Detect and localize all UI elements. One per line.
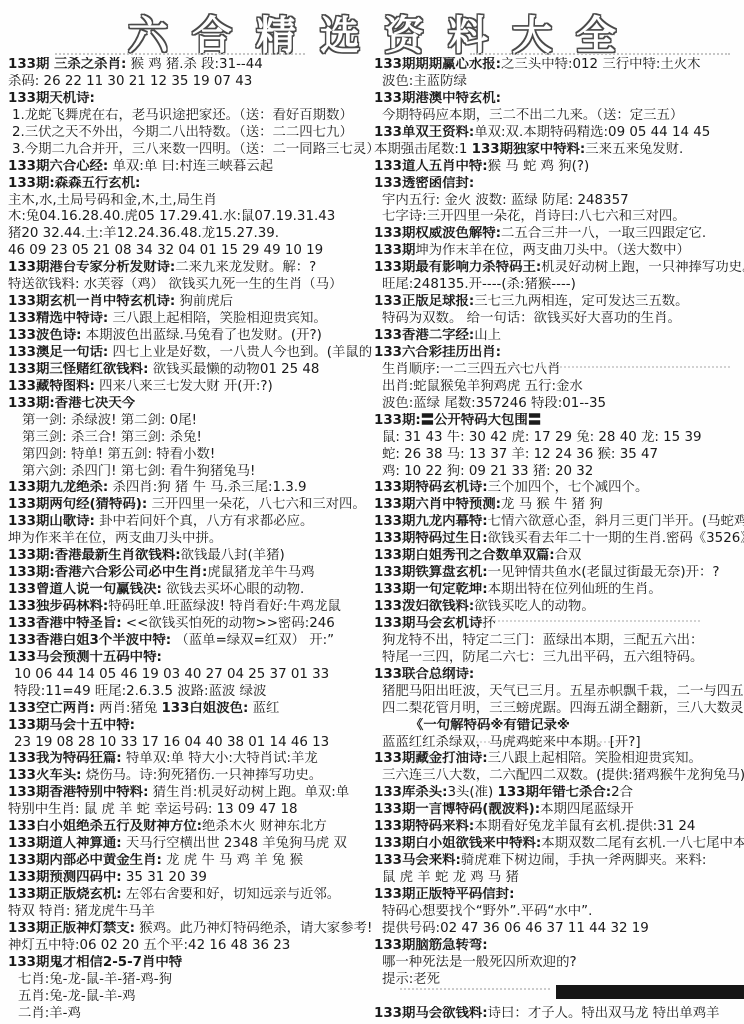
text-line: 133期白小姐欲钱来中特料:本期双数二尾有玄机.一八七尾中本期 [374, 836, 744, 853]
text-line: 蓝蓝红红杀绿双，马虎鸡蛇来中本期。[开?] [374, 735, 744, 752]
text-line: 133期脑筋急转弯: [374, 938, 744, 955]
text-line: 本期强击尾数:1 133期独家中特料:三来五来兔发财. [374, 142, 744, 159]
text-line: 133期内部必中黄金生肖: 龙 虎 牛 马 鸡 羊 兔 猴 [8, 853, 372, 870]
text-line: 波色:蓝绿 尾数:357246 特段:01--35 [374, 396, 744, 413]
text-line: 133期六肖中特预测:龙 马 猴 牛 猪 狗 [374, 497, 744, 514]
text-line: 133期港澳中特玄机: [374, 91, 744, 108]
text-line: 猪肥马阳出旺波，天气已三月。五星赤帜飘千栽，二一与四五。 [374, 684, 744, 701]
text-line: 提示:老死 [374, 972, 744, 989]
text-line: 杀码: 26 22 11 30 21 12 35 19 07 43 [8, 74, 372, 91]
text-line: 猪20 32.44.土:羊12.24.36.48.龙15.27.39. [8, 226, 372, 243]
text-line: 133期三怪赌红欲钱料: 欲钱买最懒的动物01 25 48 [8, 362, 372, 379]
text-line: 133期正版烧玄机: 左邻右舍要和好，切知远亲与近邻。 [8, 887, 372, 904]
text-line: 133期香港特别中特料: 猜生肖:机灵好动树上跑。单双:单 [8, 785, 372, 802]
text-line: 133道人五肖中特:猴 马 蛇 鸡 狗(?) [374, 159, 744, 176]
text-line: 133火车头: 烧伤马。诗:狗死猪伤.一只神捧写功史。 [8, 768, 372, 785]
text-line: 第六剑: 杀四门! 第七剑: 看牛狗猪兔马! [8, 464, 372, 481]
text-line: 133我为特码狂篇: 特单双:单 特大小:大特肖试:羊龙 [8, 751, 372, 768]
text-line: 特别中生肖: 鼠 虎 羊 蛇 幸运号码: 13 09 47 18 [8, 802, 372, 819]
text-line: 133独步码林料:特码旺单.旺蓝绿波! 特肖看好:牛鸡龙鼠 [8, 599, 372, 616]
text-line: 第四剑: 特单! 第五剑: 特看小数! [8, 447, 372, 464]
scan-artifact-underline [470, 53, 730, 55]
text-line: 神灯五中特:06 02 20 五个平:42 16 48 36 23 [8, 938, 372, 955]
text-line: 旺尾:248135.开----(杀:猪猴----) [374, 277, 744, 294]
text-line: 坤为作来羊在位，两支曲刀头中拼。 [8, 531, 372, 548]
text-line: 《一句解特码※有错记录※ [374, 718, 744, 735]
text-line: 133曾道人说一句赢钱决: 欲钱去买坏心眼的动物. [8, 582, 372, 599]
text-line: 133期坤为作末羊在位，两支曲刀头中。（送大数中） [374, 243, 744, 260]
text-line: 133藏特图料: 四来八来三七发大财 开(开:?) [8, 379, 372, 396]
text-line: 特尾一三四，防尾二六七：三九出平码，五六组特码。 [374, 650, 744, 667]
text-line: 鸡: 10 22 狗: 09 21 33 猪: 20 32 [374, 464, 744, 481]
text-line: 133期 三杀之杀肖: 猴 鸡 猪.杀 段:31--44 [8, 57, 372, 74]
text-line: 二肖:羊-鸡 [8, 1006, 372, 1023]
text-line: 133期正版神灯禁支: 猴鸡。此乃神灯特码绝杀，请大家参考! [8, 921, 372, 938]
text-line: 133期:香港六合彩公司必中生肖:虎鼠猪龙羊牛马鸡 [8, 565, 372, 582]
text-line: 133期:森森五行玄机: [8, 176, 372, 193]
text-line: 五肖:兔-龙-鼠-羊-鸡 [8, 989, 372, 1006]
text-line: 出肖:蛇鼠猴兔羊狗鸡虎 五行:金水 [374, 379, 744, 396]
text-line: 133期道人神算通: 天马行空横出世 2348 羊兔狗马虎 双 [8, 836, 372, 853]
text-line: 133期:香港最新生肖欲钱料:欲钱最八封(羊猪) [8, 548, 372, 565]
text-line: 特码心想要找个“野外”.平码“水中”. [374, 904, 744, 921]
text-line: 133联合总纲诗: [374, 667, 744, 684]
text-line: 133单双王资料:单双:双.本期特码精选:09 05 44 14 45 [374, 125, 744, 142]
text-line: 第一剑: 杀绿波! 第二剑: 0尾! [8, 413, 372, 430]
text-line: 133香港白姐3个半波中特: （蓝单=绿双=红双） 开:” [8, 633, 372, 650]
text-line: 特送欲钱料: 水芙蓉（鸡） 欲钱买九死一生的生肖（马） [8, 277, 372, 294]
text-line: 133白小姐绝杀五行及财神方位:绝杀木火 财神东北方 [8, 819, 372, 836]
text-line: 生肖顺序:一二三四五六七八肖 [374, 362, 744, 379]
text-line: 1.龙蛇飞舞虎在右，老马识途把家还。（送：看好百期数） [8, 108, 372, 125]
text-line: 第三剑: 杀三合! 第三剑: 杀兔! [8, 430, 372, 447]
text-line: 133期山歌诗: 卦中若问奸个真，八方有求都必应。 [8, 514, 372, 531]
text-line: 133期鬼才相信2-5-7肖中特 [8, 955, 372, 972]
text-line: 七肖:兔-龙-鼠-羊-猪-鸡-狗 [8, 972, 372, 989]
text-line: 133期权威波色解特:二五合三井一八，一取三四跟定它. [374, 226, 744, 243]
text-line: 133期九龙内幕特:七情六欲意心歪，斜月三更门半开。(马蛇鸡狗) [374, 514, 744, 531]
text-line: 3.今期二九合并开，三八来数一四明。（送：二一同路三七灵） [8, 142, 372, 159]
text-line: 133期九龙绝杀: 杀四肖:狗 猪 牛 马.杀三尾:1.3.9 [8, 480, 372, 497]
text-line: 133期马会欲钱料:诗曰：才子人。特出双马龙 特出单鸡羊 [374, 1006, 744, 1023]
text-line: 蛇: 26 38 马: 13 37 羊: 12 24 36 猴: 35 47 [374, 447, 744, 464]
text-line: 133期:香港七决天今 [8, 396, 372, 413]
text-line: 波色:主蓝防绿 [374, 74, 744, 91]
text-line: 133期玄机一肖中特玄机诗: 狗前虎后 [8, 294, 372, 311]
text-line: 四二梨花管月明，三三螃虎踞。四海五湖全翻新，三八大数灵。 [374, 701, 744, 718]
text-line: 提供号码:02 47 36 06 46 37 11 44 32 19 [374, 921, 744, 938]
text-line: 133期特码过生日:欲钱买看去年二十一期的生肖.密码《3526》 [374, 531, 744, 548]
text-line: 今期特码应本期，三二不出二九来。（送：定三五） [374, 108, 744, 125]
text-line: 133期特码来料:本期看好兔龙羊鼠有玄机.提供:31 24 [374, 819, 744, 836]
left-column: 133期 三杀之杀肖: 猴 鸡 猪.杀 段:31--44杀码: 26 22 11… [8, 57, 372, 1022]
text-line: 133香港中特圣旨: <<欲钱买怕死的动物>>密码:246 [8, 616, 372, 633]
scanned-lottery-sheet: 六合精选资料大全 133期 三杀之杀肖: 猴 鸡 猪.杀 段:31--44杀码:… [0, 0, 744, 1024]
text-line: 133期特码玄机诗:三个加四个，七个减四个。 [374, 480, 744, 497]
text-line: 46 09 23 05 21 08 34 32 04 01 15 29 49 1… [8, 243, 372, 260]
text-line: 133泼妇欲钱料:欲钱买吃人的动物。 [374, 599, 744, 616]
text-line: 133期天机诗: [8, 91, 372, 108]
text-line: 133期两句经(猜特码): 三开四里一朵花，八七六和三对四。 [8, 497, 372, 514]
text-line: 主木,水,土局号码和金,木,土,局生肖 [8, 193, 372, 210]
text-line: 133六合彩挂历出肖: [374, 345, 744, 362]
text-line: 特码为双数。 给一句话：欲钱买好大喜功的生肖。 [374, 311, 744, 328]
text-line: 133期马会玄机诗抔 [374, 616, 744, 633]
text-line: 23 19 08 28 10 33 17 16 04 40 38 01 14 4… [8, 735, 372, 752]
text-line: 鼠: 31 43 牛: 30 42 虎: 17 29 兔: 28 40 龙: 1… [374, 430, 744, 447]
text-line: 133精选中特诗: 三八跟上起相陪，笑脸相迎贵宾知。 [8, 311, 372, 328]
text-line: 133期最有影响力杀特码王:机灵好动树上跑，一只神捧写功史。(捧) [374, 260, 744, 277]
text-line: 特段:11=49 旺尾:2.6.3.5 波路:蓝波 绿波 [8, 684, 372, 701]
text-line: 133正版足球报:三七三九两相连，定可发达三五数。 [374, 294, 744, 311]
text-line: 10 06 44 14 05 46 19 03 40 27 04 25 37 0… [8, 667, 372, 684]
text-line: 133库杀头:3头(准) 133期年错七杀合:2合 [374, 785, 744, 802]
text-line: 狗龙特不出，特定二三门：蓝绿出本期，三配五六出： [374, 633, 744, 650]
text-line: 133期预测四码中: 35 31 20 39 [8, 870, 372, 887]
text-line: 七字诗:三开四里一朵花，肖诗曰:八七六和三对四。 [374, 209, 744, 226]
text-line: 133期一句定乾坤:本期出特在位列仙班的生肖。 [374, 582, 744, 599]
text-line: 133香港二字经:山上 [374, 328, 744, 345]
text-line: 哪一种死法是一般死囚所欢迎的? [374, 955, 744, 972]
text-line: 133马会预测十五码中特: [8, 650, 372, 667]
text-line: 133期白姐秀刊之合数单双篇:合双 [374, 548, 744, 565]
text-line: 133期马会十五中特: [8, 718, 372, 735]
text-line: 133透密函信封: [374, 176, 744, 193]
text-line: 133期:〓公开特码大包围〓 [374, 413, 744, 430]
text-line: 133马会来料:骑虎难下树边闹，手执一斧两脚夹。来料: [374, 853, 744, 870]
text-line: 133期一言博特码(靓波料):本期四尾蓝绿开 [374, 802, 744, 819]
text-line: 133期正版特平码信封: [374, 887, 744, 904]
text-line: 133期六合心经: 单双:单 曰:村连三峡暮云起 [8, 159, 372, 176]
text-line: 特双 特肖: 猪龙虎牛马羊 [8, 904, 372, 921]
text-line: 133期港台专家分析发财诗:二来九来龙发财。解：? [8, 260, 372, 277]
text-line: 133波色诗: 本期波色出蓝绿.马兔看了也发财。(开?) [8, 328, 372, 345]
text-line: 133期铁算盘玄机:一见钟情共鱼水(老鼠过街最无奈)开：? [374, 565, 744, 582]
text-line: 133澳足一句话: 四七上业是好数，一八贵人今也到。(羊鼠的是 [8, 345, 372, 362]
text-line: 133空亡两肖: 两肖:猪兔 133白姐波色: 蓝红 [8, 701, 372, 718]
text-line: 2.三伏之天不外出，今期二八出特数。（送：二二四七九） [8, 125, 372, 142]
text-line: 133期期期赢心水报:之三头中特:012 三行中特:土火木 [374, 57, 744, 74]
text-line: 木:兔04.16.28.40.虎05 17.29.41.水:鼠07.19.31.… [8, 209, 372, 226]
scan-artifact-underline [55, 53, 305, 55]
text-line: 三六连三八大数，二六配四二双数。(提供:猪鸡猴牛龙狗兔马) [374, 768, 744, 785]
text-line [374, 989, 744, 1006]
text-line: 鼠 虎 羊 蛇 龙 鸡 马 猪 [374, 870, 744, 887]
right-column: 133期期期赢心水报:之三头中特:012 三行中特:土火木波色:主蓝防绿133期… [374, 57, 744, 1022]
text-line: 宇内五行: 金火 波数: 蓝绿 防尾: 248357 [374, 193, 744, 210]
text-line: 133期藏金打油诗:三八跟上起相陪。笑脸相迎贵宾知。 [374, 751, 744, 768]
